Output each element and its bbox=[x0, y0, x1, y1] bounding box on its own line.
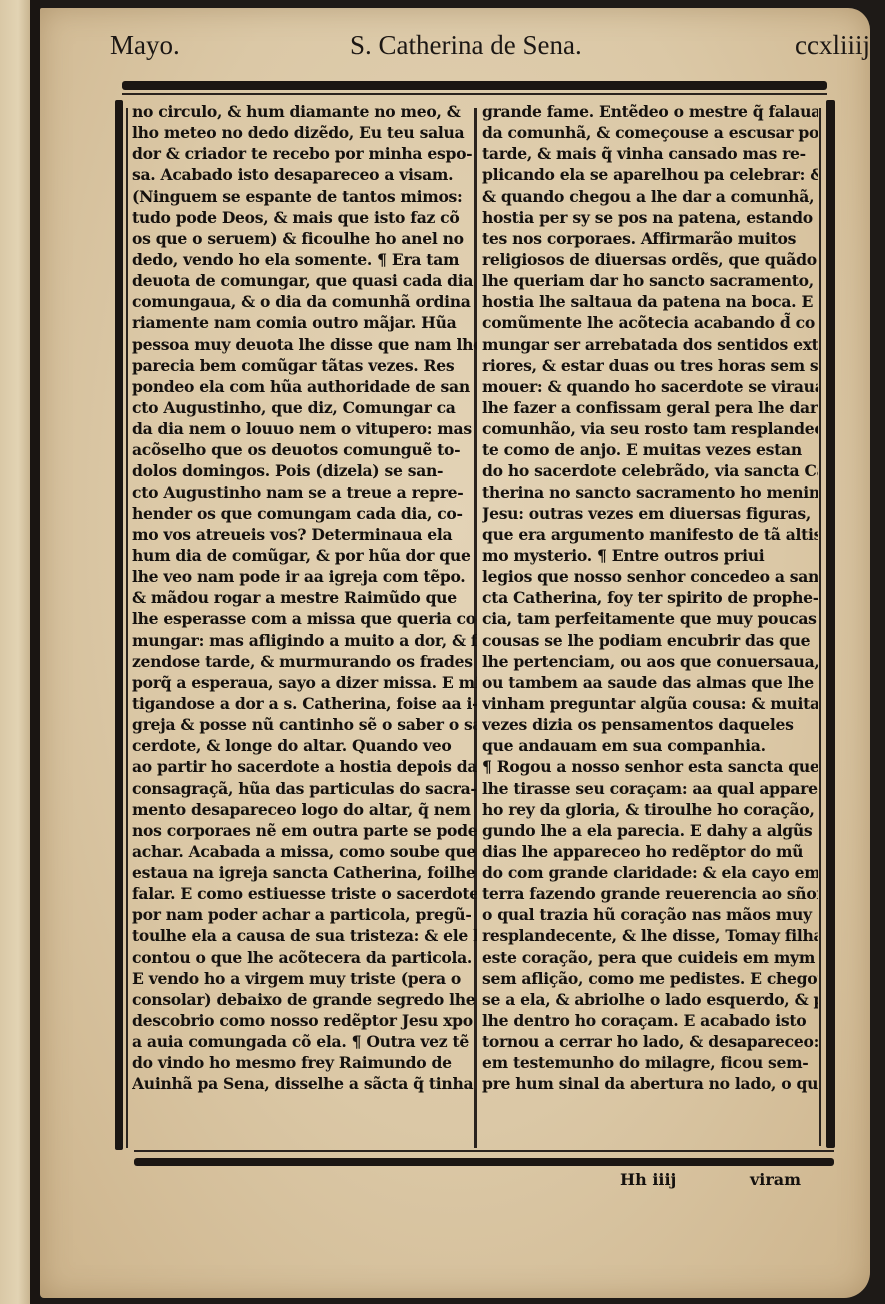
right-frame-rule bbox=[826, 100, 835, 1148]
text-line: religiosos de diuersas ordẽs, que quãdo bbox=[482, 249, 818, 270]
text-line: Jesu: outras vezes em diuersas figuras, bbox=[482, 503, 818, 524]
text-line: o qual trazia hũ coração nas mãos muy bbox=[482, 904, 818, 925]
text-line: legios que nosso senhor concedeo a san bbox=[482, 566, 818, 587]
text-line: lhe tirasse seu coraçam: aa qual apparec… bbox=[482, 778, 818, 799]
text-line: lhe dentro ho coraçam. E acabado isto bbox=[482, 1010, 818, 1031]
top-rule bbox=[122, 81, 827, 90]
text-line: lhe veo nam pode ir aa igreja com tẽpo. bbox=[132, 566, 477, 587]
text-line: hostia per sy se pos na patena, estando … bbox=[482, 207, 818, 228]
book-page: Mayo. S. Catherina de Sena. ccxliiij no … bbox=[40, 8, 870, 1298]
text-line: dias lhe appareceo ho redẽptor do mũ bbox=[482, 841, 818, 862]
running-head-title: S. Catherina de Sena. bbox=[350, 30, 582, 61]
text-line: E vendo ho a virgem muy triste (pera o bbox=[132, 968, 477, 989]
text-line: therina no sancto sacramento ho menino bbox=[482, 482, 818, 503]
text-line: os que o seruem) & ficoulhe ho anel no bbox=[132, 228, 477, 249]
text-line: plicando ela se aparelhou pa celebrar: & bbox=[482, 164, 818, 185]
text-line: dolos domingos. Pois (dizela) se san- bbox=[132, 460, 477, 481]
text-line: sem aflição, como me pedistes. E chegou bbox=[482, 968, 818, 989]
bottom-rule bbox=[134, 1158, 834, 1166]
text-line: porq̃ a esperaua, sayo a dizer missa. E … bbox=[132, 672, 477, 693]
running-head: Mayo. S. Catherina de Sena. ccxliiij bbox=[110, 30, 870, 70]
text-line: pre hum sinal da abertura no lado, o qua… bbox=[482, 1073, 818, 1094]
text-line: dedo, vendo ho ela somente. ¶ Era tam bbox=[132, 249, 477, 270]
text-line: tornou a cerrar ho lado, & desapareceo: … bbox=[482, 1031, 818, 1052]
text-line: em testemunho do milagre, ficou sem- bbox=[482, 1052, 818, 1073]
text-line: zendose tarde, & murmurando os frades bbox=[132, 651, 477, 672]
text-line: cousas se lhe podiam encubrir das que bbox=[482, 630, 818, 651]
text-line: gundo lhe a ela parecia. E dahy a algũs bbox=[482, 820, 818, 841]
text-line: tigandose a dor a s. Catherina, foise aa… bbox=[132, 693, 477, 714]
text-line: resplandecente, & lhe disse, Tomay filha bbox=[482, 925, 818, 946]
text-line: lhe fazer a confissam geral pera lhe dar… bbox=[482, 397, 818, 418]
text-line: lho meteo no dedo dizẽdo, Eu teu salua bbox=[132, 122, 477, 143]
text-line: da comunhã, & começouse a escusar por se… bbox=[482, 122, 818, 143]
text-line: (Ninguem se espante de tantos mimos: bbox=[132, 186, 477, 207]
text-line: tes nos corporaes. Affirmarão muitos bbox=[482, 228, 818, 249]
text-line: do ho sacerdote celebrãdo, via sancta Ca bbox=[482, 460, 818, 481]
text-line: descobrio como nosso redẽptor Jesu xpo bbox=[132, 1010, 477, 1031]
text-line: sa. Acabado isto desapareceo a visam. bbox=[132, 164, 477, 185]
text-line: nos corporaes nẽ em outra parte se pode bbox=[132, 820, 477, 841]
folio-number: ccxliiij bbox=[795, 30, 870, 61]
text-line: toulhe ela a causa de sua tristeza: & el… bbox=[132, 925, 477, 946]
text-line: grande fame. Entẽdeo o mestre q̃ falaua bbox=[482, 101, 818, 122]
text-line: mungar: mas afligindo a muito a dor, & f… bbox=[132, 630, 477, 651]
text-line: por nam poder achar a particola, pregũ- bbox=[132, 904, 477, 925]
text-line: ou tambem aa saude das almas que lhe bbox=[482, 672, 818, 693]
text-line: mento desapareceo logo do altar, q̃ nem bbox=[132, 799, 477, 820]
right-text-column: grande fame. Entẽdeo o mestre q̃ falauad… bbox=[482, 101, 818, 1095]
text-line: falar. E como estiuesse triste o sacerdo… bbox=[132, 883, 477, 904]
text-line: este coração, pera que cuideis em mym bbox=[482, 947, 818, 968]
text-line: cto Augustinho nam se a treue a repre- bbox=[132, 482, 477, 503]
text-line: greja & posse nũ cantinho sẽ o saber o s… bbox=[132, 714, 477, 735]
text-line: comunhão, via seu rosto tam resplandecẽ bbox=[482, 418, 818, 439]
text-line: estaua na igreja sancta Catherina, foilh… bbox=[132, 862, 477, 883]
text-line: consolar) debaixo de grande segredo lhe bbox=[132, 989, 477, 1010]
text-line: pondeo ela com hũa authoridade de san bbox=[132, 376, 477, 397]
left-frame-rule bbox=[115, 100, 123, 1150]
text-line: pessoa muy deuota lhe disse que nam lhe bbox=[132, 334, 477, 355]
running-head-month: Mayo. bbox=[110, 30, 180, 61]
text-line: te como de anjo. E muitas vezes estan bbox=[482, 439, 818, 460]
text-line: cta Catherina, foy ter spirito de prophe… bbox=[482, 587, 818, 608]
text-line: riamente nam comia outro mãjar. Hũa bbox=[132, 312, 477, 333]
left-frame-rule-thin bbox=[126, 108, 128, 1148]
text-line: terra fazendo grande reuerencia ao sñor, bbox=[482, 883, 818, 904]
text-line: cerdote, & longe do altar. Quando veo bbox=[132, 735, 477, 756]
text-line: se a ela, & abriolhe o lado esquerdo, & … bbox=[482, 989, 818, 1010]
text-line: hostia lhe saltaua da patena na boca. E bbox=[482, 291, 818, 312]
text-line: ao partir ho sacerdote a hostia depois d… bbox=[132, 756, 477, 777]
text-line: hum dia de comũgar, & por hũa dor que bbox=[132, 545, 477, 566]
text-line: achar. Acabada a missa, como soube que bbox=[132, 841, 477, 862]
text-line: comungaua, & o dia da comunhã ordina bbox=[132, 291, 477, 312]
text-line: ¶ Rogou a nosso senhor esta sancta que bbox=[482, 756, 818, 777]
text-line: mouer: & quando ho sacerdote se viraua a bbox=[482, 376, 818, 397]
text-line: tarde, & mais q̃ vinha cansado mas re- bbox=[482, 143, 818, 164]
text-line: tudo pode Deos, & mais que isto faz cõ bbox=[132, 207, 477, 228]
bottom-rule-thin bbox=[134, 1150, 834, 1152]
text-line: que andauam em sua companhia. bbox=[482, 735, 818, 756]
text-line: vinham preguntar algũa cousa: & muitas bbox=[482, 693, 818, 714]
top-rule-thin bbox=[122, 93, 827, 95]
text-line: cto Augustinho, que diz, Comungar ca bbox=[132, 397, 477, 418]
text-line: ho rey da gloria, & tiroulhe ho coração,… bbox=[482, 799, 818, 820]
text-line: contou o que lhe acõtecera da particola. bbox=[132, 947, 477, 968]
text-line: da dia nem o louuo nem o vitupero: mas bbox=[132, 418, 477, 439]
page-footer: Hh iiij viram bbox=[620, 1170, 840, 1194]
text-line: a auia comungada cõ ela. ¶ Outra vez tẽ bbox=[132, 1031, 477, 1052]
text-line: lhe queriam dar ho sancto sacramento, a bbox=[482, 270, 818, 291]
text-line: dor & criador te recebo por minha espo- bbox=[132, 143, 477, 164]
signature-mark: Hh iiij bbox=[620, 1170, 676, 1189]
text-line: lhe esperasse com a missa que queria co- bbox=[132, 608, 477, 629]
facing-page-edge bbox=[0, 0, 30, 1304]
text-line: & mãdou rogar a mestre Raimũdo que bbox=[132, 587, 477, 608]
text-line: & quando chegou a lhe dar a comunhã, a bbox=[482, 186, 818, 207]
text-line: lhe pertenciam, ou aos que conuersaua, bbox=[482, 651, 818, 672]
text-line: Auinhã pa Sena, disselhe a sãcta q̃ tinh… bbox=[132, 1073, 477, 1094]
text-line: parecia bem comũgar tãtas vezes. Res bbox=[132, 355, 477, 376]
text-line: que era argumento manifesto de tã altiss… bbox=[482, 524, 818, 545]
text-line: mo vos atreueis vos? Determinaua ela bbox=[132, 524, 477, 545]
right-frame-rule-thin bbox=[819, 108, 821, 1146]
text-line: riores, & estar duas ou tres horas sem s… bbox=[482, 355, 818, 376]
book-gutter bbox=[30, 0, 40, 1304]
text-line: do com grande claridade: & ela cayo em bbox=[482, 862, 818, 883]
text-line: hender os que comungam cada dia, co- bbox=[132, 503, 477, 524]
catchword: viram bbox=[750, 1170, 801, 1189]
text-line: no circulo, & hum diamante no meo, & bbox=[132, 101, 477, 122]
left-text-column: no circulo, & hum diamante no meo, &lho … bbox=[132, 101, 477, 1095]
text-line: do vindo ho mesmo frey Raimundo de bbox=[132, 1052, 477, 1073]
text-line: mungar ser arrebatada dos sentidos exte bbox=[482, 334, 818, 355]
text-line: comũmente lhe acõtecia acabando d̃ co bbox=[482, 312, 818, 333]
text-line: vezes dizia os pensamentos daqueles bbox=[482, 714, 818, 735]
text-line: consagraçã, hũa das particulas do sacra- bbox=[132, 778, 477, 799]
text-line: deuota de comungar, que quasi cada dia bbox=[132, 270, 477, 291]
text-line: mo mysterio. ¶ Entre outros priui bbox=[482, 545, 818, 566]
text-line: acõselho que os deuotos comunguẽ to- bbox=[132, 439, 477, 460]
text-line: cia, tam perfeitamente que muy poucas bbox=[482, 608, 818, 629]
